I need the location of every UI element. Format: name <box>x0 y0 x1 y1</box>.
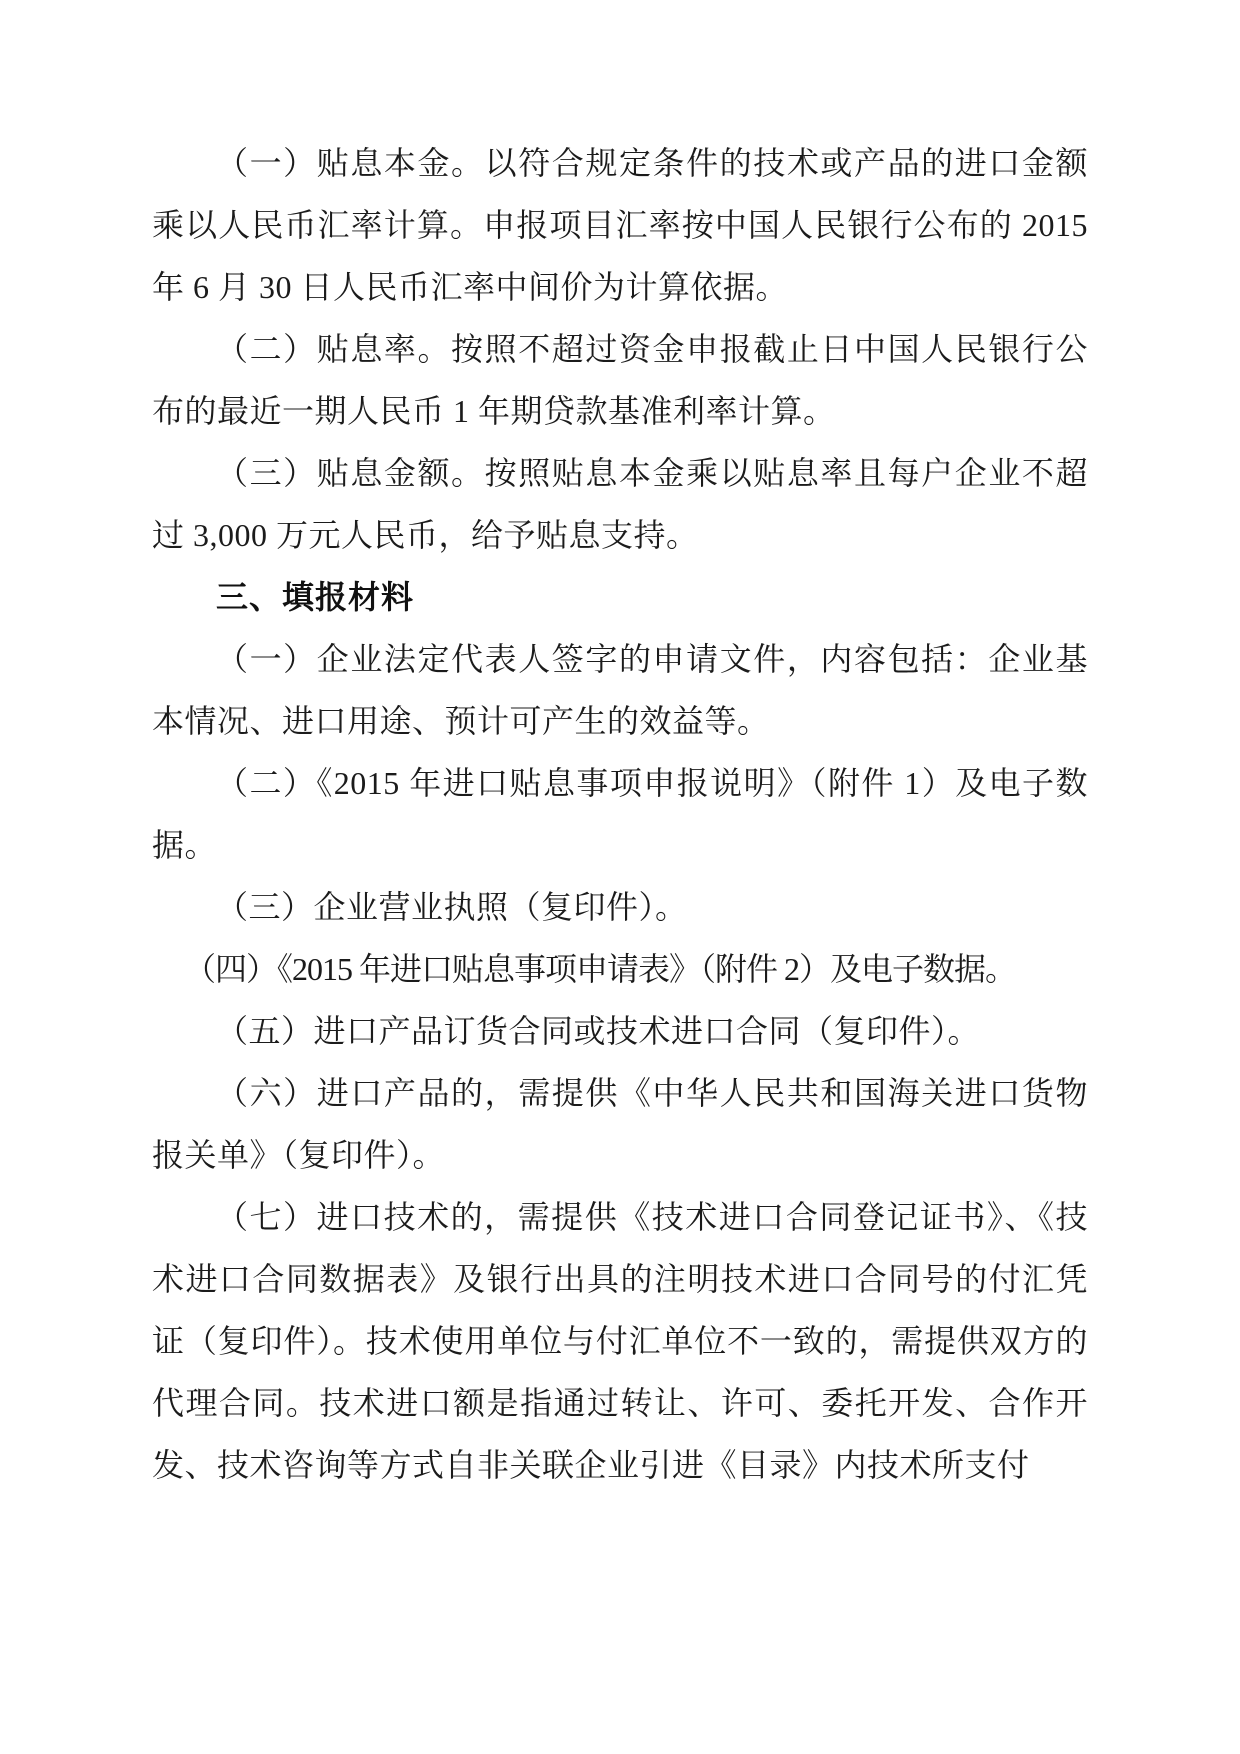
document-page: （一）贴息本金。以符合规定条件的技术或产品的进口金额乘以人民币汇率计算。申报项目… <box>0 0 1240 1754</box>
paragraph-subsidy-principal: （一）贴息本金。以符合规定条件的技术或产品的进口金额乘以人民币汇率计算。申报项目… <box>152 132 1088 318</box>
paragraph-subsidy-rate: （二）贴息率。按照不超过资金申报截止日中国人民银行公布的最近一期人民币 1 年期… <box>152 318 1088 442</box>
section-heading-filing-materials: 三、填报材料 <box>152 566 1088 628</box>
paragraph-material-technology-import: （七）进口技术的，需提供《技术进口合同登记证书》、《技术进口合同数据表》及银行出… <box>152 1186 1088 1496</box>
paragraph-material-contracts: （五）进口产品订货合同或技术进口合同（复印件）。 <box>152 1000 1088 1062</box>
paragraph-material-declaration-note: （二）《2015 年进口贴息事项申报说明》（附件 1）及电子数据。 <box>152 752 1088 876</box>
paragraph-material-business-license: （三）企业营业执照（复印件）。 <box>152 876 1088 938</box>
paragraph-material-application-file: （一）企业法定代表人签字的申请文件，内容包括：企业基本情况、进口用途、预计可产生… <box>152 628 1088 752</box>
paragraph-material-customs-declaration: （六）进口产品的，需提供《中华人民共和国海关进口货物报关单》（复印件）。 <box>152 1062 1088 1186</box>
paragraph-material-application-form: （四）《2015 年进口贴息事项申请表》（附件 2）及电子数据。 <box>152 938 1088 1000</box>
paragraph-subsidy-amount: （三）贴息金额。按照贴息本金乘以贴息率且每户企业不超过 3,000 万元人民币，… <box>152 442 1088 566</box>
document-text-block: （一）贴息本金。以符合规定条件的技术或产品的进口金额乘以人民币汇率计算。申报项目… <box>152 132 1088 1496</box>
